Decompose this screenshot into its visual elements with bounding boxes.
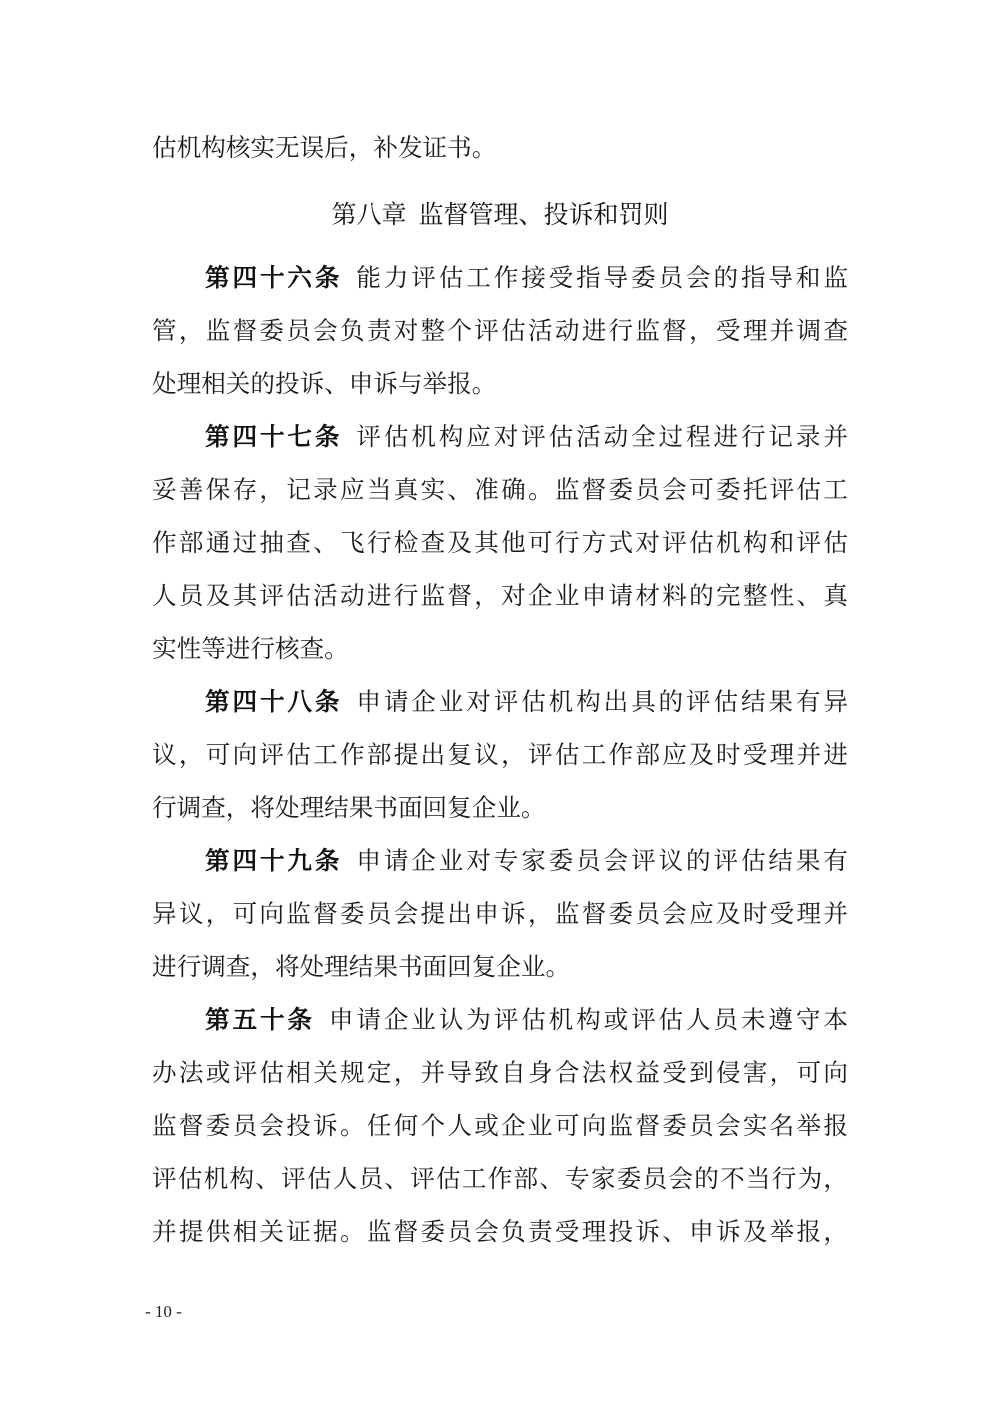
article-first-line: 第四十七条评估机构应对评估活动全过程进行记录并 <box>205 417 848 457</box>
article-first-line: 第四十八条申请企业对评估机构出具的评估结果有异 <box>205 682 848 722</box>
article-text-line: 并提供相关证据。监督委员会负责受理投诉、申诉及举报， <box>152 1212 848 1252</box>
carryover-text-line: 估机构核实无误后，补发证书。 <box>152 128 848 168</box>
article-text-line: 妥善保存，记录应当真实、准确。监督委员会可委托评估工 <box>152 470 848 510</box>
article-text: 能力评估工作接受指导委员会的指导和监 <box>356 263 848 292</box>
article-text: 申请企业对评估机构出具的评估结果有异 <box>356 687 848 716</box>
article-text: 申请企业对专家委员会评议的评估结果有 <box>356 846 848 875</box>
article-text: 申请企业认为评估机构或评估人员未遵守本 <box>329 1005 848 1034</box>
article-text-line: 实性等进行核查。 <box>152 629 848 669</box>
article-label: 第四十六条 <box>205 263 342 292</box>
article-text-line: 异议，可向监督委员会提出申诉，监督委员会应及时受理并 <box>152 894 848 934</box>
article-text-line: 人员及其评估活动进行监督，对企业申请材料的完整性、真 <box>152 576 848 616</box>
article-text-line: 进行调查，将处理结果书面回复企业。 <box>152 947 848 987</box>
article-text-line: 行调查，将处理结果书面回复企业。 <box>152 788 848 828</box>
article-first-line: 第四十六条能力评估工作接受指导委员会的指导和监 <box>205 258 848 298</box>
article-text-line: 办法或评估相关规定，并导致自身合法权益受到侵害，可向 <box>152 1053 848 1093</box>
article-first-line: 第四十九条申请企业对专家委员会评议的评估结果有 <box>205 841 848 881</box>
article-label: 第五十条 <box>205 1005 315 1034</box>
article-label: 第四十八条 <box>205 687 342 716</box>
chapter-heading: 第八章监督管理、投诉和罚则 <box>0 195 1000 235</box>
article-text-line: 处理相关的投诉、申诉与举报。 <box>152 364 848 404</box>
article-text-line: 作部通过抽查、飞行检查及其他可行方式对评估机构和评估 <box>152 523 848 563</box>
article-label: 第四十九条 <box>205 846 342 875</box>
article-text-line: 评估机构、评估人员、评估工作部、专家委员会的不当行为， <box>152 1159 848 1199</box>
document-page: 估机构核实无误后，补发证书。 第八章监督管理、投诉和罚则 第四十六条能力评估工作… <box>0 0 1000 1414</box>
page-number: - 10 - <box>145 1302 182 1322</box>
article-text-line: 议，可向评估工作部提出复议，评估工作部应及时受理并进 <box>152 735 848 775</box>
article-text-line: 管，监督委员会负责对整个评估活动进行监督，受理并调查 <box>152 311 848 351</box>
article-label: 第四十七条 <box>205 422 342 451</box>
chapter-number: 第八章 <box>331 200 406 229</box>
article-text: 评估机构应对评估活动全过程进行记录并 <box>356 422 848 451</box>
article-first-line: 第五十条申请企业认为评估机构或评估人员未遵守本 <box>205 1000 848 1040</box>
article-text-line: 监督委员会投诉。任何个人或企业可向监督委员会实名举报 <box>152 1106 848 1146</box>
chapter-title: 监督管理、投诉和罚则 <box>419 200 669 229</box>
